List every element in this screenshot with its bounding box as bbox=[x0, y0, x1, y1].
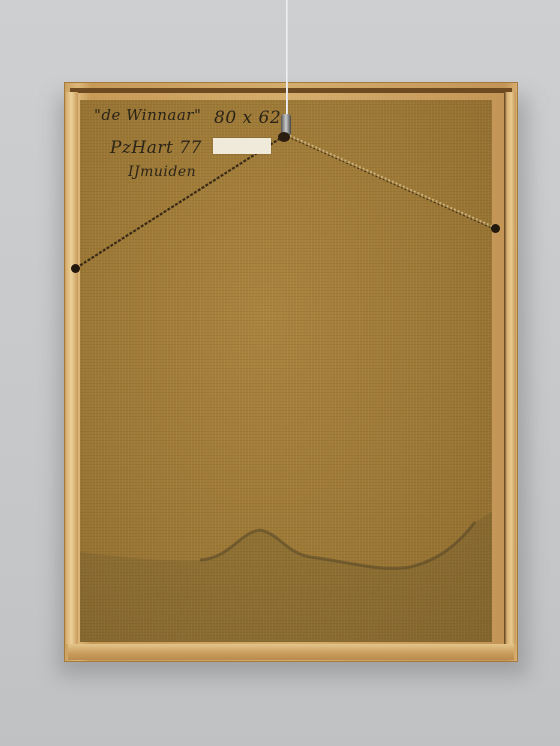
inscription-title: "de Winnaar" bbox=[94, 106, 201, 124]
hook-knot bbox=[278, 132, 290, 142]
inscription-dimensions: 80 x 62 bbox=[214, 108, 281, 128]
label-sticker bbox=[213, 138, 271, 154]
screw-eye-left bbox=[71, 264, 80, 273]
inscription-artist-year: PzHart 77 bbox=[110, 138, 202, 158]
inscription-place: IJmuiden bbox=[128, 164, 196, 180]
screw-eye-right bbox=[491, 224, 500, 233]
